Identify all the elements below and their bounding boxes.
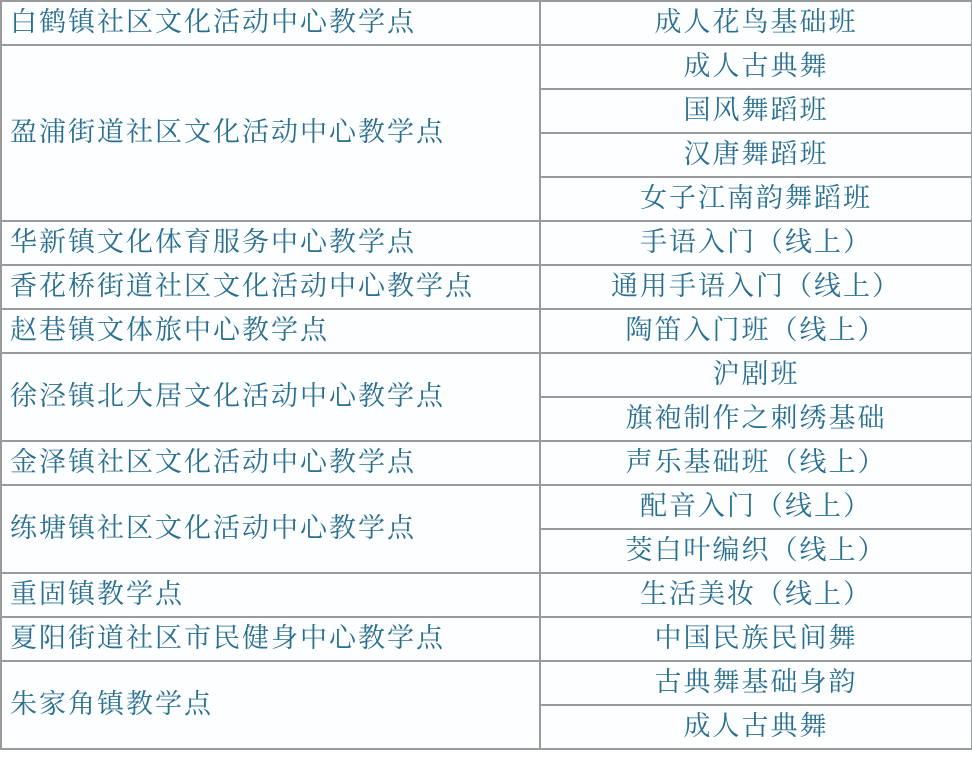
table-row: 金泽镇社区文化活动中心教学点 声乐基础班（线上） xyxy=(1,441,972,485)
venue-cell: 朱家角镇教学点 xyxy=(1,661,540,749)
course-cell: 沪剧班 xyxy=(540,353,972,397)
venue-cell: 重固镇教学点 xyxy=(1,573,540,617)
venue-cell: 香花桥街道社区文化活动中心教学点 xyxy=(1,265,540,309)
course-cell: 旗袍制作之刺绣基础 xyxy=(540,397,972,441)
course-cell: 声乐基础班（线上） xyxy=(540,441,972,485)
table-row: 朱家角镇教学点 古典舞基础身韵 xyxy=(1,661,972,705)
course-cell: 女子江南韵舞蹈班 xyxy=(540,177,972,221)
table-row: 香花桥街道社区文化活动中心教学点 通用手语入门（线上） xyxy=(1,265,972,309)
table-row: 练塘镇社区文化活动中心教学点 配音入门（线上） xyxy=(1,485,972,529)
course-cell: 茭白叶编织（线上） xyxy=(540,529,972,573)
venue-cell: 徐泾镇北大居文化活动中心教学点 xyxy=(1,353,540,441)
course-cell: 汉唐舞蹈班 xyxy=(540,133,972,177)
course-cell: 配音入门（线上） xyxy=(540,485,972,529)
course-cell: 中国民族民间舞 xyxy=(540,617,972,661)
venue-cell: 赵巷镇文体旅中心教学点 xyxy=(1,309,540,353)
venue-cell: 夏阳街道社区市民健身中心教学点 xyxy=(1,617,540,661)
venue-cell: 白鹤镇社区文化活动中心教学点 xyxy=(1,1,540,45)
table-row: 夏阳街道社区市民健身中心教学点 中国民族民间舞 xyxy=(1,617,972,661)
course-cell: 手语入门（线上） xyxy=(540,221,972,265)
course-cell: 通用手语入门（线上） xyxy=(540,265,972,309)
venue-cell: 练塘镇社区文化活动中心教学点 xyxy=(1,485,540,573)
table-row: 白鹤镇社区文化活动中心教学点 成人花鸟基础班 xyxy=(1,1,972,45)
course-cell: 古典舞基础身韵 xyxy=(540,661,972,705)
table-row: 赵巷镇文体旅中心教学点 陶笛入门班（线上） xyxy=(1,309,972,353)
course-cell: 陶笛入门班（线上） xyxy=(540,309,972,353)
venue-cell: 华新镇文化体育服务中心教学点 xyxy=(1,221,540,265)
course-schedule-table: 白鹤镇社区文化活动中心教学点 成人花鸟基础班 盈浦街道社区文化活动中心教学点 成… xyxy=(0,0,972,750)
course-cell: 成人花鸟基础班 xyxy=(540,1,972,45)
venue-cell: 金泽镇社区文化活动中心教学点 xyxy=(1,441,540,485)
course-cell: 成人古典舞 xyxy=(540,705,972,749)
table-row: 重固镇教学点 生活美妆（线上） xyxy=(1,573,972,617)
table-row: 华新镇文化体育服务中心教学点 手语入门（线上） xyxy=(1,221,972,265)
course-cell: 国风舞蹈班 xyxy=(540,89,972,133)
course-cell: 生活美妆（线上） xyxy=(540,573,972,617)
course-cell: 成人古典舞 xyxy=(540,45,972,89)
table-row: 徐泾镇北大居文化活动中心教学点 沪剧班 xyxy=(1,353,972,397)
venue-cell: 盈浦街道社区文化活动中心教学点 xyxy=(1,45,540,221)
table-row: 盈浦街道社区文化活动中心教学点 成人古典舞 xyxy=(1,45,972,89)
